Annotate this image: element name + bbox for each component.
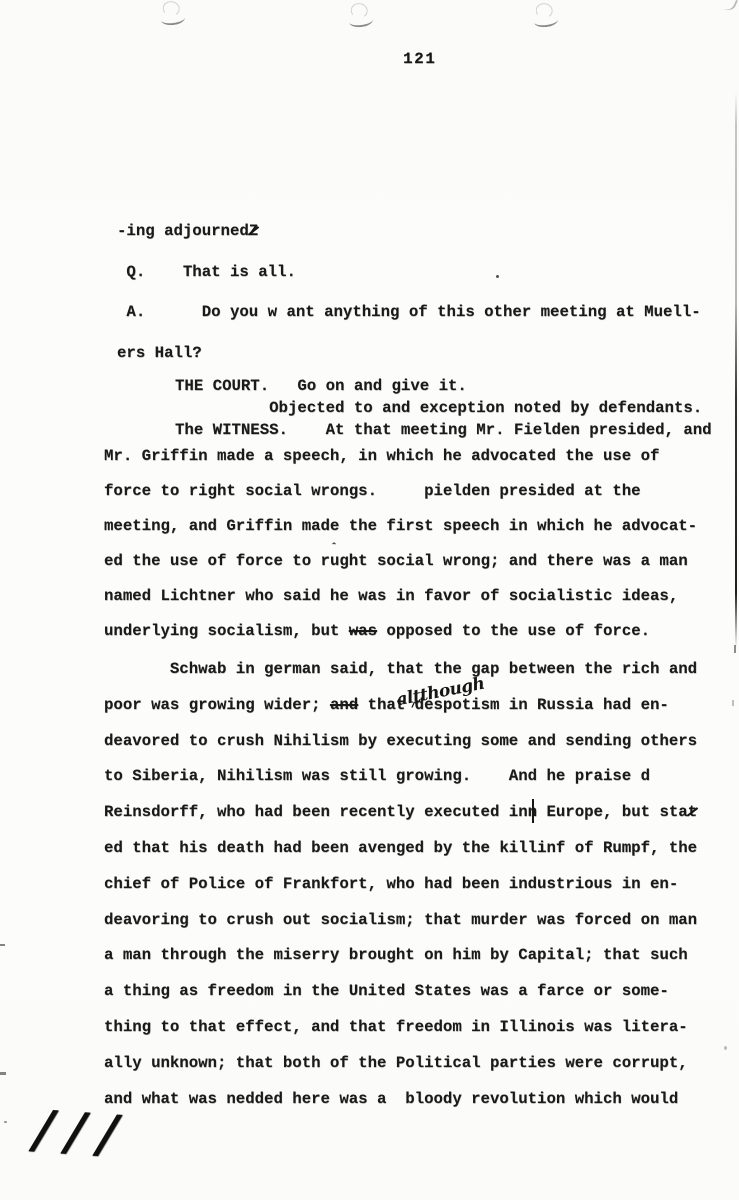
edge-tick — [0, 944, 5, 946]
typed-text: meeting, and Griffin made the first spee… — [104, 517, 697, 535]
text-line: Schwab in german said, that the gap betw… — [104, 660, 697, 679]
insertion-caret-mark: ^ — [411, 700, 419, 715]
text-line: and what was nedded here was a bloody re… — [104, 1090, 678, 1109]
typed-text: Europe, but sta — [537, 803, 688, 821]
text-line: ed that his death had been avenged by th… — [104, 839, 697, 858]
ink-smudge — [533, 14, 558, 29]
edited-text-strike: and — [330, 696, 358, 714]
typed-text: ally unknown; that both of the Political… — [104, 1054, 688, 1072]
text-line: A. Do you w ant anything of this other m… — [117, 303, 701, 322]
stray-ink-dot — [724, 1046, 727, 1050]
text-line: thing to that effect, and that freedom i… — [104, 1018, 688, 1037]
text-line: Objected to and exception noted by defen… — [175, 399, 702, 418]
text-line: poor was growing wider; and that despoti… — [104, 696, 669, 715]
text-line: Reinsdorff, who had been recently execut… — [104, 803, 697, 822]
typed-text: Objected to and exception noted by defen… — [175, 399, 702, 417]
typed-text: ers Hall? — [117, 344, 202, 362]
edge-tick — [732, 700, 734, 706]
text-line: underlying socialism, but was opposed to… — [104, 622, 650, 641]
typed-text: ght social wrong; and there was a man — [339, 552, 687, 570]
text-line: ally unknown; that both of the Political… — [104, 1054, 688, 1073]
text-line: Mr. Griffin made a speech, in which he a… — [104, 447, 659, 466]
text-line: a man through the miserry brought on him… — [104, 946, 688, 965]
text-line: chief of Police of Frankfort, who had be… — [104, 875, 678, 894]
text-line: -ing adjournedZ — [117, 222, 258, 241]
typed-text: Schwab in german said, that the gap betw… — [104, 660, 697, 678]
typed-text: a man through the miserry brought on him… — [104, 946, 688, 964]
corner-smudge — [714, 0, 738, 13]
edited-text-slash: t — [688, 803, 697, 821]
edge-tick — [0, 1072, 6, 1075]
typed-text: The WITNESS. At that meeting Mr. Fielden… — [175, 421, 712, 439]
text-line: ed the use of force to rught social wron… — [104, 552, 688, 571]
typed-text: ed the use of force to r — [104, 552, 330, 570]
typed-text: thing to that effect, and that freedom i… — [104, 1018, 688, 1036]
text-line: ers Hall? — [117, 344, 202, 363]
text-line: meeting, and Griffin made the first spee… — [104, 517, 697, 536]
text-line: Q. That is all. — [117, 263, 296, 282]
text-line: a thing as freedom in the United States … — [104, 982, 669, 1001]
ink-smudge — [160, 12, 185, 27]
text-line: force to right social wrongs. pielden pr… — [104, 482, 641, 501]
typed-text: opposed to the use of force. — [377, 622, 650, 640]
stray-ink-dot — [4, 1121, 7, 1123]
edited-text-slash: Z — [249, 222, 258, 240]
typed-text: named Lichtner who said he was in favor … — [104, 587, 678, 605]
typed-text: underlying socialism, but — [104, 622, 349, 640]
typed-text: chief of Police of Frankfort, who had be… — [104, 875, 678, 893]
typed-text: A. Do you w ant anything of this other m… — [117, 303, 701, 321]
typed-text: Mr. Griffin made a speech, in which he a… — [104, 447, 659, 465]
transcript-page: 121 -ing adjournedZ Q. That is all. A. D… — [0, 0, 739, 1200]
text-line: deavoring to crush out socialism; that m… — [104, 911, 697, 930]
ink-smudge — [348, 14, 373, 29]
edited-text-vstrike: n — [528, 803, 537, 821]
text-line: The WITNESS. At that meeting Mr. Fielden… — [175, 421, 712, 440]
typed-text: poor was growing wider; — [104, 696, 330, 714]
edge-tick — [734, 645, 736, 653]
stray-ink-dot — [496, 275, 499, 278]
typed-text: Reinsdorff, who had been recently execut… — [104, 803, 528, 821]
typed-text: a thing as freedom in the United States … — [104, 982, 669, 1000]
text-line: deavored to crush Nihilism by executing … — [104, 732, 697, 751]
typed-text: ed that his death had been avenged by th… — [104, 839, 697, 857]
text-line: THE COURT. Go on and give it. — [175, 377, 467, 396]
page-number: 121 — [403, 50, 436, 68]
typed-text: and what was nedded here was a bloody re… — [104, 1090, 678, 1108]
typed-text: Q. That is all. — [117, 263, 296, 281]
typed-text: -ing adjourned — [117, 222, 249, 240]
typed-text: deavored to crush Nihilism by executing … — [104, 732, 697, 750]
handwritten-tally-marks: /// — [32, 1099, 132, 1167]
typed-text: THE COURT. Go on and give it. — [175, 377, 467, 395]
page-edge-line — [735, 92, 737, 648]
typed-text: force to right social wrongs. pielden pr… — [104, 482, 641, 500]
edited-text-strike: was — [349, 622, 377, 640]
text-line: to Siberia, Nihilism was still growing. … — [104, 767, 650, 786]
typed-text: deavoring to crush out socialism; that m… — [104, 911, 697, 929]
text-line: named Lichtner who said he was in favor … — [104, 587, 678, 606]
edited-text-caret: u — [330, 552, 339, 570]
typed-text: to Siberia, Nihilism was still growing. … — [104, 767, 650, 785]
